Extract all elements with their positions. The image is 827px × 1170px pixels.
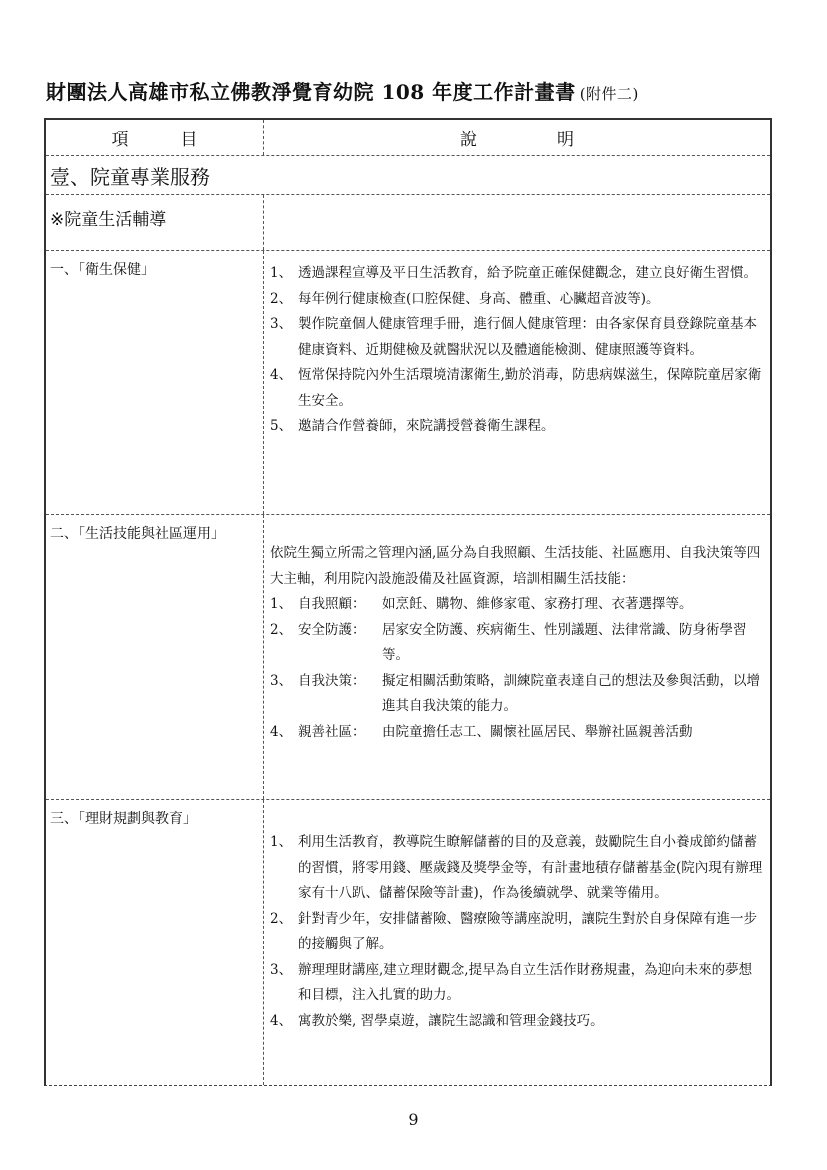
document-title: 財團法人高雄市私立佛教淨覺育幼院 108 年度工作計畫書(附件二) — [46, 76, 639, 105]
item-description: 1、透過課程宣導及平日生活教育，給予院童正確保健觀念，建立良好衛生習慣。 2、每… — [264, 251, 770, 514]
page-number: 9 — [0, 1110, 827, 1129]
table-row: 三、「理財規劃與教育」 1、利用生活教育，教導院生瞭解儲蓄的目的及意義，鼓勵院生… — [46, 800, 770, 1085]
table-row: 二、「生活技能與社區運用」 依院生獨立所需之管理內涵,區分為自我照顧、生活技能、… — [46, 515, 770, 800]
table-header-row: 項目 說明 — [46, 120, 770, 156]
work-plan-table: 項目 說明 壹、院童專業服務 ※院童生活輔導 一、「衛生保健」 1、透過課程宣導… — [44, 118, 772, 1086]
list-item: 4、寓教於樂, 習學桌遊，讓院生認識和管理金錢技巧。 — [270, 1009, 764, 1035]
list-item: 4、親善社區：由院童擔任志工、關懷社區居民、舉辦社區親善活動 — [270, 720, 764, 746]
item-label: 二、「生活技能與社區運用」 — [46, 515, 264, 799]
subsection-heading: ※院童生活輔導 — [46, 195, 264, 250]
list-item: 3、辦理理財講座,建立理財觀念,提早為自立生活作財務規畫，為迎向未來的夢想和目標… — [270, 958, 764, 1009]
list-item: 1、透過課程宣導及平日生活教育，給予院童正確保健觀念，建立良好衛生習慣。 — [270, 261, 764, 287]
list-item: 2、安全防護：居家安全防護、疾病衛生、性別議題、法律常識、防身術學習等。 — [270, 618, 764, 669]
list-item: 3、製作院童個人健康管理手冊，進行個人健康管理：由各家保育員登錄院童基本健康資料… — [270, 312, 764, 363]
item-label: 三、「理財規劃與教育」 — [46, 800, 264, 1085]
list-item: 4、恆常保持院內外生活環境清潔衛生,勤於消毒，防患病媒滋生，保障院童居家衛生安全… — [270, 363, 764, 414]
list-item: 2、針對青少年，安排儲蓄險、醫療險等講座說明，讓院生對於自身保障有進一步的接觸與… — [270, 907, 764, 958]
list-item: 5、邀請合作營養師，來院講授營養衛生課程。 — [270, 414, 764, 440]
subsection-row: ※院童生活輔導 — [46, 195, 770, 251]
header-item: 項目 — [46, 120, 264, 155]
item-intro: 依院生獨立所需之管理內涵,區分為自我照顧、生活技能、社區應用、自我決策等四大主軸… — [270, 541, 764, 592]
title-text: 財團法人高雄市私立佛教淨覺育幼院 108 年度工作計畫書 — [46, 80, 576, 104]
list-item: 1、利用生活教育，教導院生瞭解儲蓄的目的及意義，鼓勵院生自小養成節約儲蓄的習慣，… — [270, 830, 764, 907]
list-item: 2、每年例行健康檢查(口腔保健、身高、體重、心臟超音波等)。 — [270, 287, 764, 313]
list-item: 3、自我決策：擬定相關活動策略，訓練院童表達自己的想法及參與活動，以增進其自我決… — [270, 669, 764, 720]
header-description: 說明 — [264, 120, 770, 155]
item-description: 1、利用生活教育，教導院生瞭解儲蓄的目的及意義，鼓勵院生自小養成節約儲蓄的習慣，… — [264, 800, 770, 1085]
table-row: 一、「衛生保健」 1、透過課程宣導及平日生活教育，給予院童正確保健觀念，建立良好… — [46, 251, 770, 515]
list-item: 1、自我照顧：如烹飪、購物、維修家電、家務打理、衣著選擇等。 — [270, 592, 764, 618]
section-heading: 壹、院童專業服務 — [46, 156, 770, 195]
item-label: 一、「衛生保健」 — [46, 251, 264, 514]
item-description: 依院生獨立所需之管理內涵,區分為自我照顧、生活技能、社區應用、自我決策等四大主軸… — [264, 515, 770, 799]
attachment-label: (附件二) — [580, 85, 639, 103]
